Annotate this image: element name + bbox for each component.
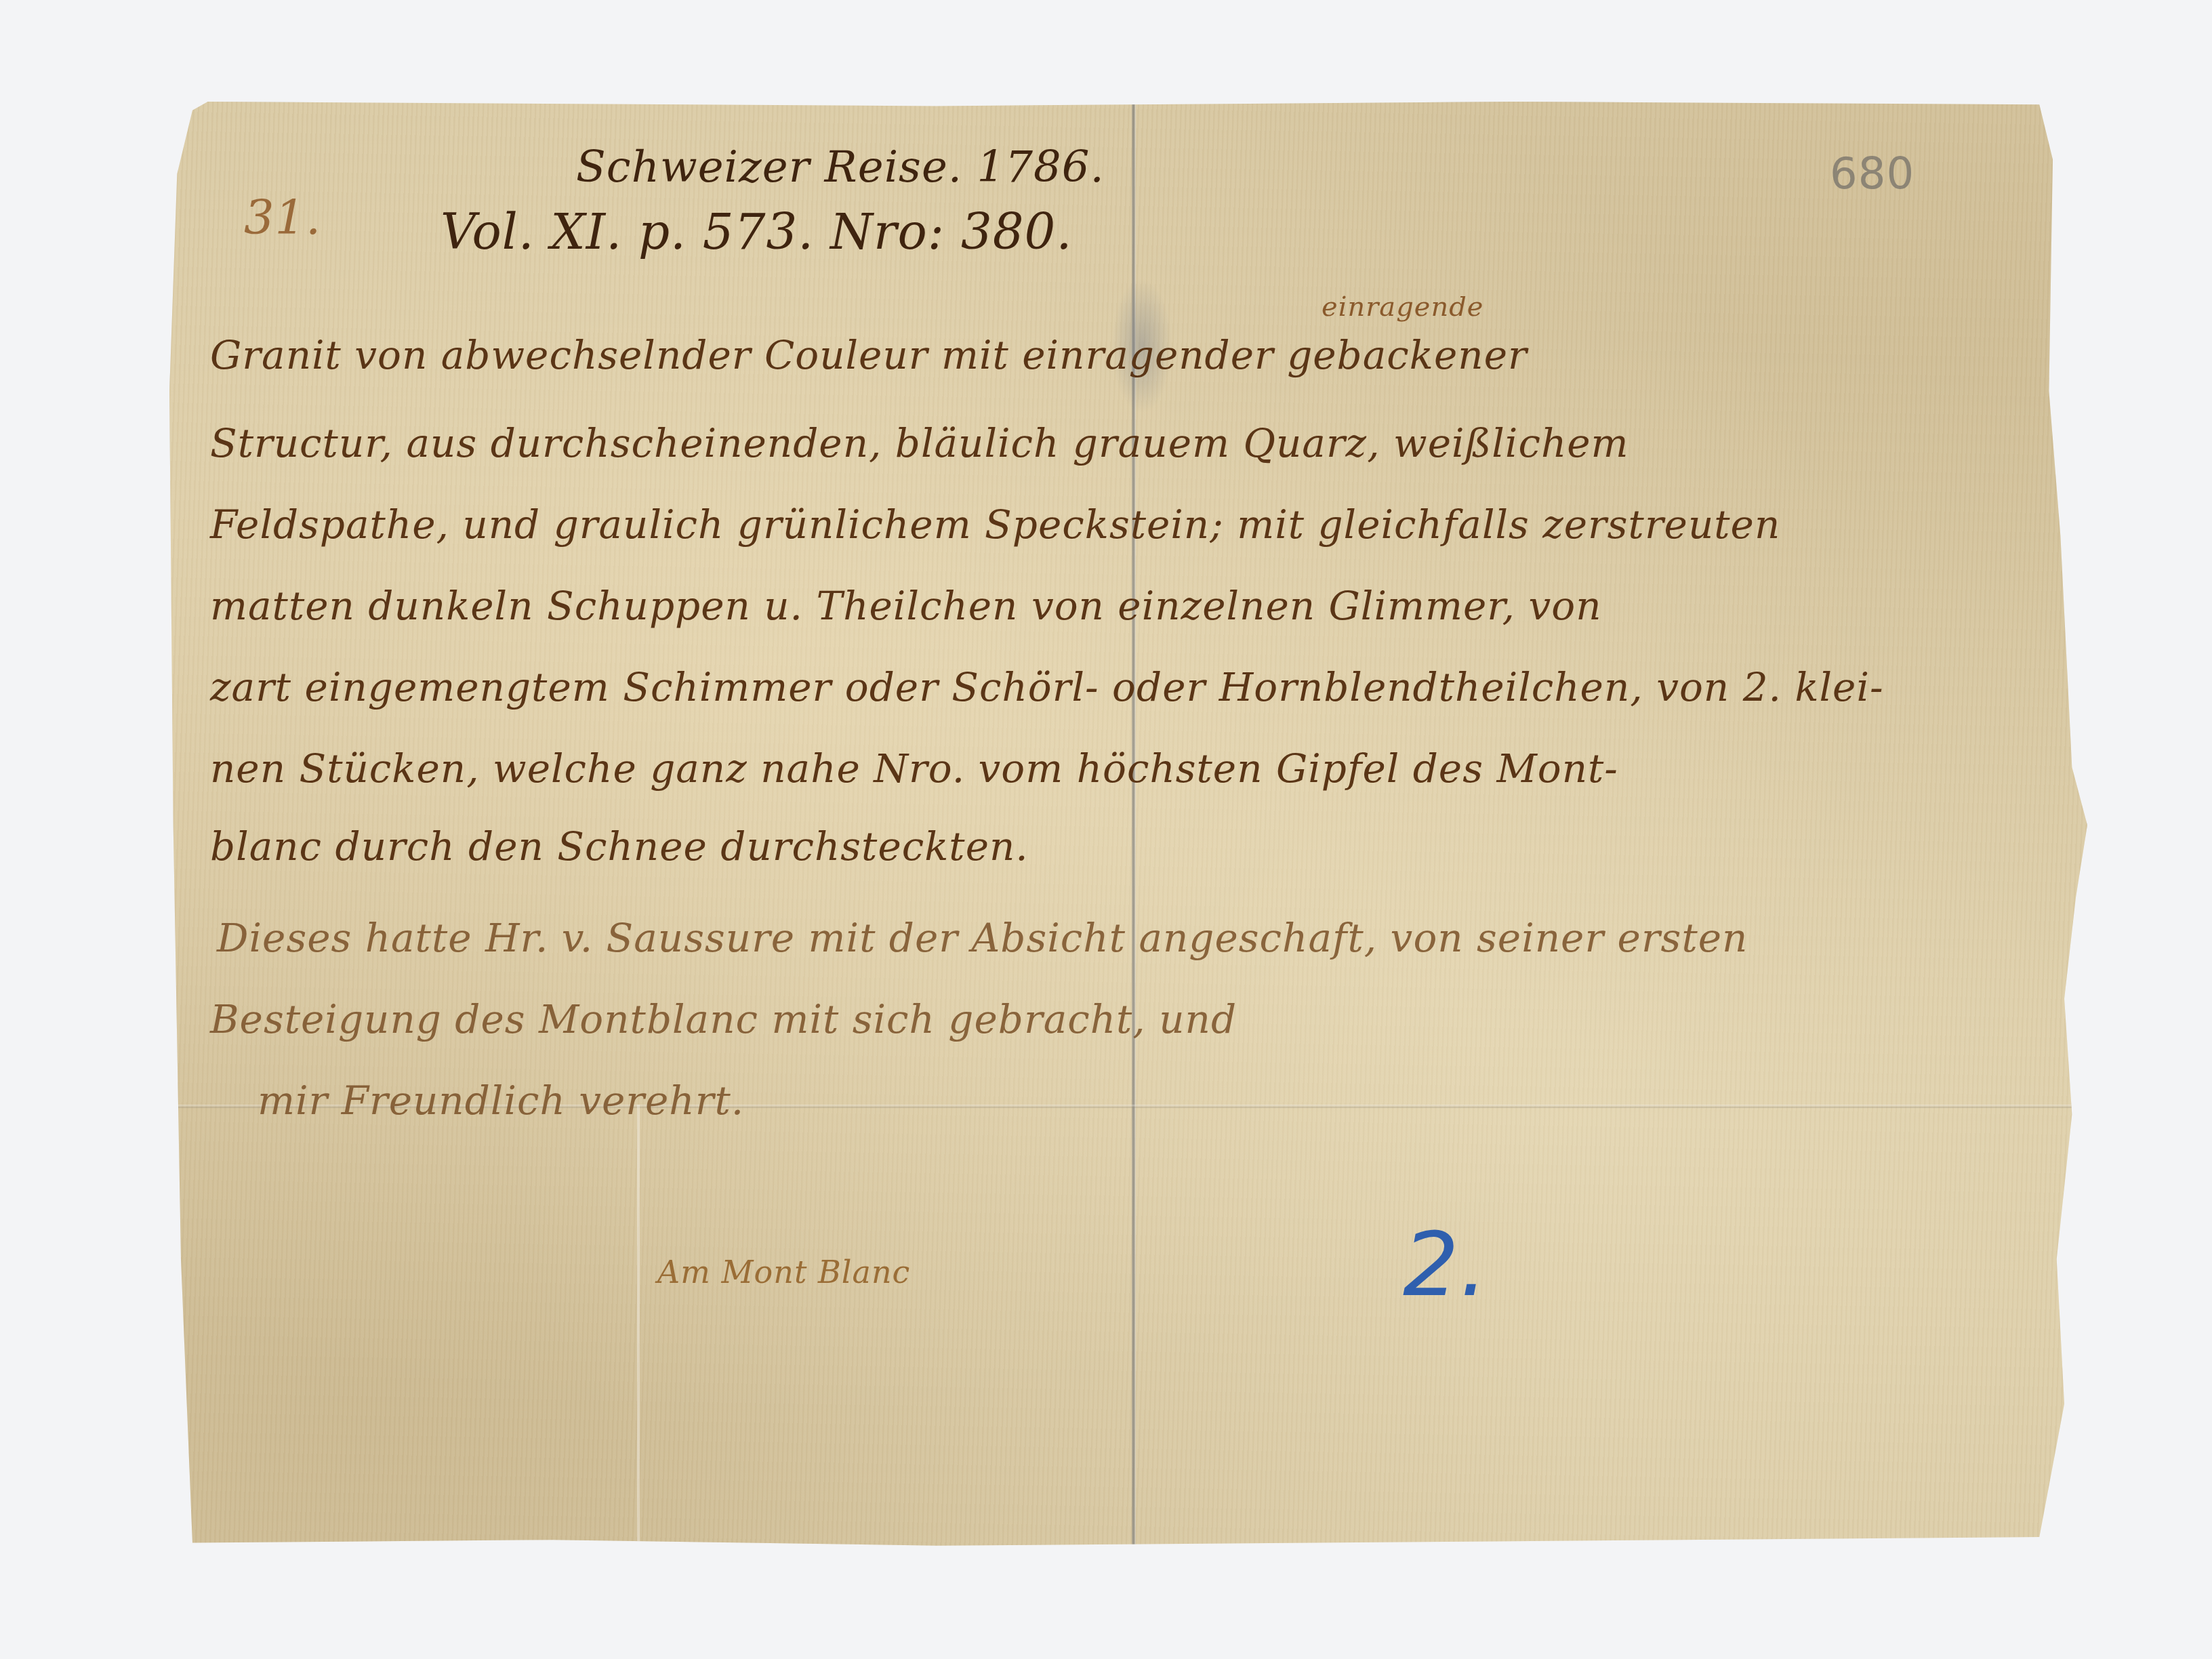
body-line-9: Besteigung des Montblanc mit sich gebrac… [210,996,1237,1042]
scanned-document: 31. 680 Schweizer Reise. 1786. Vol. XI. … [0,0,2212,1659]
body-line-8: Dieses hatte Hr. v. Saussure mit der Abs… [217,915,1748,961]
lower-crease-line [637,1105,640,1549]
blue-page-number: 2. [1403,1213,1488,1316]
body-line-1: Granit von abwechselnder Couleur mit ein… [210,332,1528,378]
reference-line: Vol. XI. p. 573. Nro: 380. [441,203,1072,260]
body-line-6: nen Stücken, welche ganz nahe Nro. vom h… [210,745,1618,792]
body-line-10: mir Freundlich verehrt. [258,1078,744,1124]
body-line-4: matten dunkeln Schuppen u. Theilchen von… [210,583,1602,629]
body-line-7: blanc durch den Schnee durchsteckten. [210,823,1029,869]
interlinear-insertion: einragende [1322,291,1484,323]
signature-note: Am Mont Blanc [657,1254,910,1290]
corner-pencil-mark: 680 [1830,149,1914,199]
body-line-5: zart eingemengtem Schimmer oder Schörl- … [210,664,1884,710]
body-line-3: Feldspathe, und graulich grünlichem Spec… [210,501,1780,548]
margin-number: 31. [244,190,321,245]
document-title-line: Schweizer Reise. 1786. [576,142,1105,192]
body-line-2: Structur, aus durchscheinenden, bläulich… [210,420,1629,466]
paper-sheet: 31. 680 Schweizer Reise. 1786. Vol. XI. … [169,102,2087,1549]
